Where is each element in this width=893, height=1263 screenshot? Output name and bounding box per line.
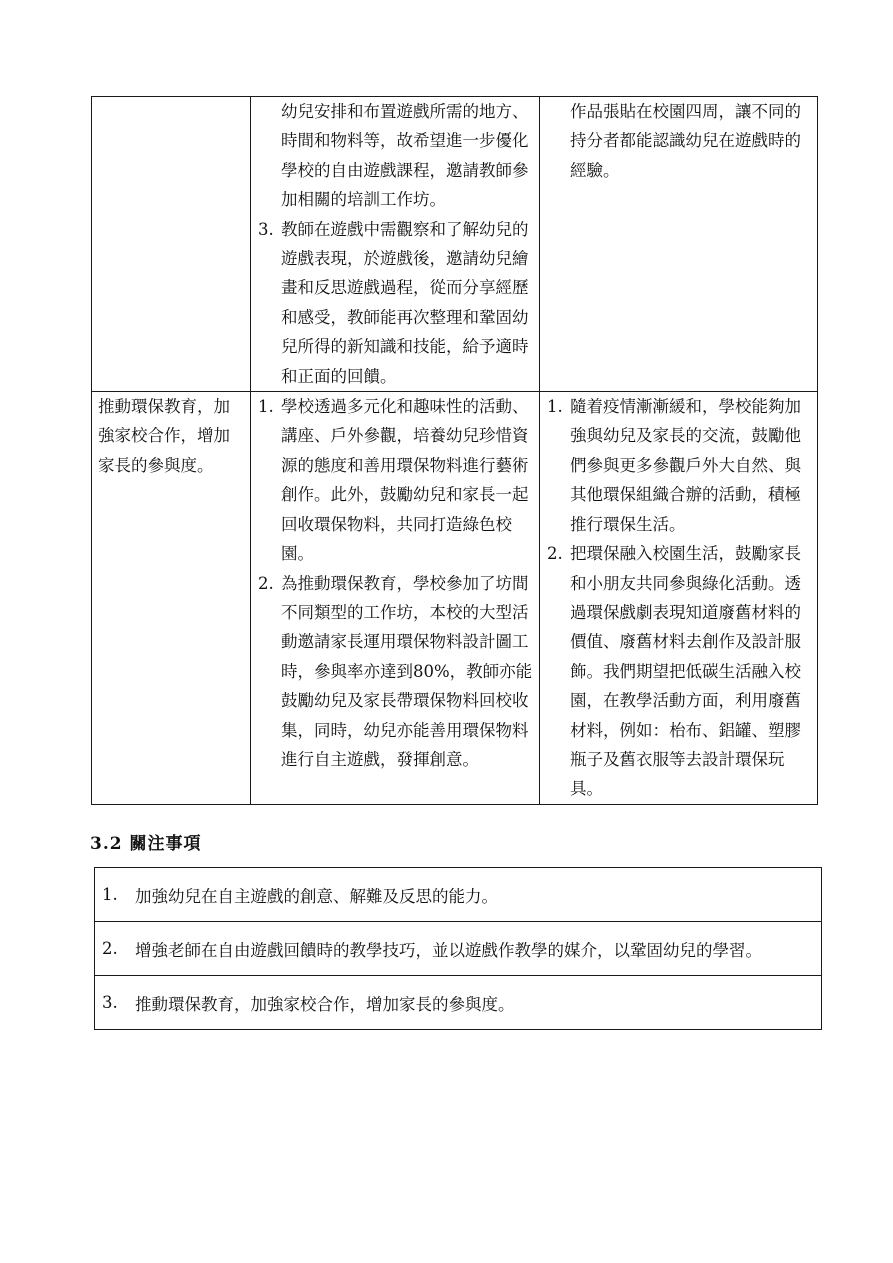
achievement-list: 3. 教師在遊戲中需觀察和了解幼兒的遊戲表現，於遊戲後，邀請幼兒繪畫和反思遊戲過…: [251, 215, 539, 391]
list-item-text: 為推動環保教育，學校參加了坊間不同類型的工作坊，本校的大型活動邀請家長運用環保物…: [281, 574, 532, 769]
list-item: 1. 隨着疫情漸漸緩和，學校能夠加強與幼兒及家長的交流，鼓勵他們參與更多參觀戶外…: [540, 392, 817, 539]
reflection-cell: 1. 隨着疫情漸漸緩和，學校能夠加強與幼兒及家長的交流，鼓勵他們參與更多參觀戶外…: [540, 392, 818, 805]
list-number: 3.: [95, 993, 135, 1012]
list-item-text: 隨着疫情漸漸緩和，學校能夠加強與幼兒及家長的交流，鼓勵他們參與更多參觀戶外大自然…: [570, 397, 801, 534]
reflection-cell: 作品張貼在校園四周，讓不同的持分者都能認識幼兒在遊戲時的經驗。: [540, 97, 818, 392]
list-item: 3. 教師在遊戲中需觀察和了解幼兒的遊戲表現，於遊戲後，邀請幼兒繪畫和反思遊戲過…: [251, 215, 539, 391]
goal-text: 推動環保教育，加強家校合作，增加家長的參與度。: [92, 392, 250, 480]
focus-items-table: 1. 加強幼兒在自主遊戲的創意、解難及反思的能力。 2. 增強老師在自由遊戲回饋…: [94, 867, 822, 1030]
focus-item-text: 推動環保教育，加強家校合作，增加家長的參與度。: [135, 991, 821, 1015]
list-number: 3.: [258, 215, 274, 244]
achievement-list: 1. 學校透過多元化和趣味性的活動、講座、戶外參觀，培養幼兒珍惜資源的態度和善用…: [251, 392, 539, 774]
focus-item-cell: 2. 增強老師在自由遊戲回饋時的教學技巧，並以遊戲作教學的媒介，以鞏固幼兒的學習…: [95, 922, 822, 976]
reflection-continued-text: 作品張貼在校園四周，讓不同的持分者都能認識幼兒在遊戲時的經驗。: [540, 97, 817, 185]
document-page: 幼兒安排和布置遊戲所需的地方、時間和物料等，故希望進一步優化學校的自由遊戲課程，…: [0, 0, 893, 1263]
list-number: 2.: [547, 539, 563, 568]
list-number: 1.: [258, 392, 274, 421]
list-number: 2.: [258, 569, 274, 598]
goal-cell: 推動環保教育，加強家校合作，增加家長的參與度。: [92, 392, 251, 805]
focus-item-text: 加強幼兒在自主遊戲的創意、解難及反思的能力。: [135, 883, 821, 907]
list-number: 1.: [547, 392, 563, 421]
reflection-list: 1. 隨着疫情漸漸緩和，學校能夠加強與幼兒及家長的交流，鼓勵他們參與更多參觀戶外…: [540, 392, 817, 804]
list-item-text: 教師在遊戲中需觀察和了解幼兒的遊戲表現，於遊戲後，邀請幼兒繪畫和反思遊戲過程，從…: [281, 220, 529, 386]
list-number: 1.: [95, 885, 135, 904]
table-row: 3. 推動環保教育，加強家校合作，增加家長的參與度。: [95, 976, 822, 1030]
list-item-text: 把環保融入校園生活，鼓勵家長和小朋友共同參與綠化活動。透過環保戲劇表現知道廢舊材…: [570, 544, 801, 798]
goal-cell: [92, 97, 251, 392]
list-number: 2.: [95, 939, 135, 958]
section-heading: 3.2 關注事項: [90, 829, 202, 854]
focus-item-cell: 1. 加強幼兒在自主遊戲的創意、解難及反思的能力。: [95, 868, 822, 922]
list-item: 2. 為推動環保教育，學校參加了坊間不同類型的工作坊，本校的大型活動邀請家長運用…: [251, 569, 539, 775]
table-row: 1. 加強幼兒在自主遊戲的創意、解難及反思的能力。: [95, 868, 822, 922]
table-row: 幼兒安排和布置遊戲所需的地方、時間和物料等，故希望進一步優化學校的自由遊戲課程，…: [92, 97, 818, 392]
achievements-cell: 幼兒安排和布置遊戲所需的地方、時間和物料等，故希望進一步優化學校的自由遊戲課程，…: [251, 97, 540, 392]
list-item-text: 學校透過多元化和趣味性的活動、講座、戶外參觀，培養幼兒珍惜資源的態度和善用環保物…: [281, 397, 529, 563]
evaluation-table: 幼兒安排和布置遊戲所需的地方、時間和物料等，故希望進一步優化學校的自由遊戲課程，…: [91, 96, 818, 805]
list-item: 2. 把環保融入校園生活，鼓勵家長和小朋友共同參與綠化活動。透過環保戲劇表現知道…: [540, 539, 817, 804]
focus-item-cell: 3. 推動環保教育，加強家校合作，增加家長的參與度。: [95, 976, 822, 1030]
achievement-continued-text: 幼兒安排和布置遊戲所需的地方、時間和物料等，故希望進一步優化學校的自由遊戲課程，…: [251, 97, 539, 215]
table-row: 推動環保教育，加強家校合作，增加家長的參與度。 1. 學校透過多元化和趣味性的活…: [92, 392, 818, 805]
achievements-cell: 1. 學校透過多元化和趣味性的活動、講座、戶外參觀，培養幼兒珍惜資源的態度和善用…: [251, 392, 540, 805]
list-item: 1. 學校透過多元化和趣味性的活動、講座、戶外參觀，培養幼兒珍惜資源的態度和善用…: [251, 392, 539, 568]
table-row: 2. 增強老師在自由遊戲回饋時的教學技巧，並以遊戲作教學的媒介，以鞏固幼兒的學習…: [95, 922, 822, 976]
focus-item-text: 增強老師在自由遊戲回饋時的教學技巧，並以遊戲作教學的媒介，以鞏固幼兒的學習。: [135, 937, 821, 961]
